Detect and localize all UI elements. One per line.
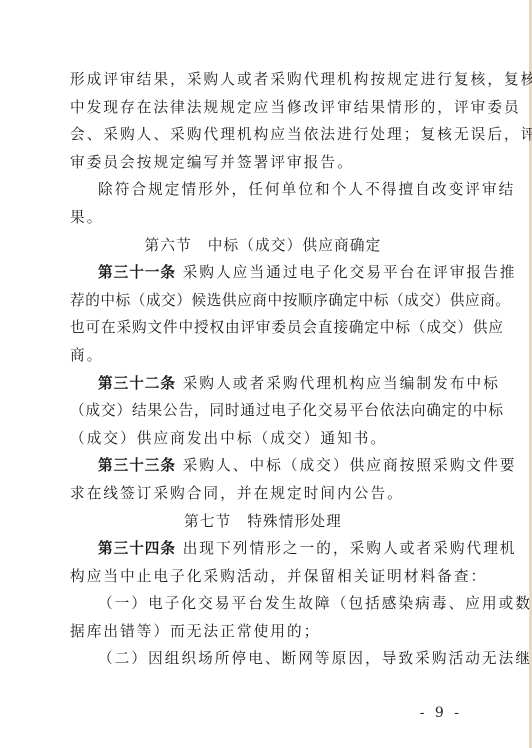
text-line: 据库出错等）而无法正常使用的； <box>70 618 456 646</box>
text-line: 求在线签订采购合同，并在规定时间内公告。 <box>70 480 456 508</box>
text-line: （成交）供应商发出中标（成交）通知书。 <box>70 425 456 453</box>
article-line: 第三十二条 采购人或者采购代理机构应当编制发布中标 <box>70 370 456 398</box>
article-text: 采购人或者采购代理机构应当编制发布中标 <box>176 375 500 392</box>
article-text: 采购人应当通过电子化交易平台在评审报告推 <box>176 264 517 281</box>
article-line: 第三十一条 采购人应当通过电子化交易平台在评审报告推 <box>70 259 456 287</box>
text-line: 也可在采购文件中授权由评审委员会直接确定中标（成交）供应 <box>70 314 456 342</box>
text-line: 荐的中标（成交）候选供应商中按顺序确定中标（成交）供应商。 <box>70 287 456 315</box>
article-number: 第三十四条 <box>98 540 176 557</box>
page-number: - 9 - <box>420 705 462 721</box>
text-line: 会、采购人、采购代理机构应当依法进行处理；复核无误后，评 <box>70 121 456 149</box>
text-line: 果。 <box>70 204 456 232</box>
article-text: 出现下列情形之一的，采购人或者采购代理机 <box>176 540 517 557</box>
text-line: 形成评审结果，采购人或者采购代理机构按规定进行复核，复核 <box>70 66 456 94</box>
text-line: （一）电子化交易平台发生故障（包括感染病毒、应用或数 <box>70 590 456 618</box>
document-page: 形成评审结果，采购人或者采购代理机构按规定进行复核，复核 中发现存在法律法规规定… <box>70 66 456 673</box>
article-line: 第三十三条 采购人、中标（成交）供应商按照采购文件要 <box>70 452 456 480</box>
article-text: 采购人、中标（成交）供应商按照采购文件要 <box>176 457 517 474</box>
text-line: 审委员会按规定编写并签署评审报告。 <box>70 149 456 177</box>
article-number: 第三十一条 <box>98 264 176 281</box>
article-line: 第三十四条 出现下列情形之一的，采购人或者采购代理机 <box>70 535 456 563</box>
text-line: 中发现存在法律法规规定应当修改评审结果情形的，评审委员 <box>70 94 456 122</box>
text-line: 除符合规定情形外，任何单位和个人不得擅自改变评审结 <box>70 176 456 204</box>
section-heading: 第七节 特殊情形处理 <box>70 508 456 536</box>
text-line: 商。 <box>70 342 456 370</box>
text-line: （二）因组织场所停电、断网等原因，导致采购活动无法继 <box>70 645 456 673</box>
text-line: （成交）结果公告，同时通过电子化交易平台依法向确定的中标 <box>70 397 456 425</box>
article-number: 第三十二条 <box>98 375 176 392</box>
section-heading: 第六节 中标（成交）供应商确定 <box>70 232 456 260</box>
text-line: 构应当中止电子化采购活动，并保留相关证明材料备查： <box>70 563 456 591</box>
article-number: 第三十三条 <box>98 457 176 474</box>
